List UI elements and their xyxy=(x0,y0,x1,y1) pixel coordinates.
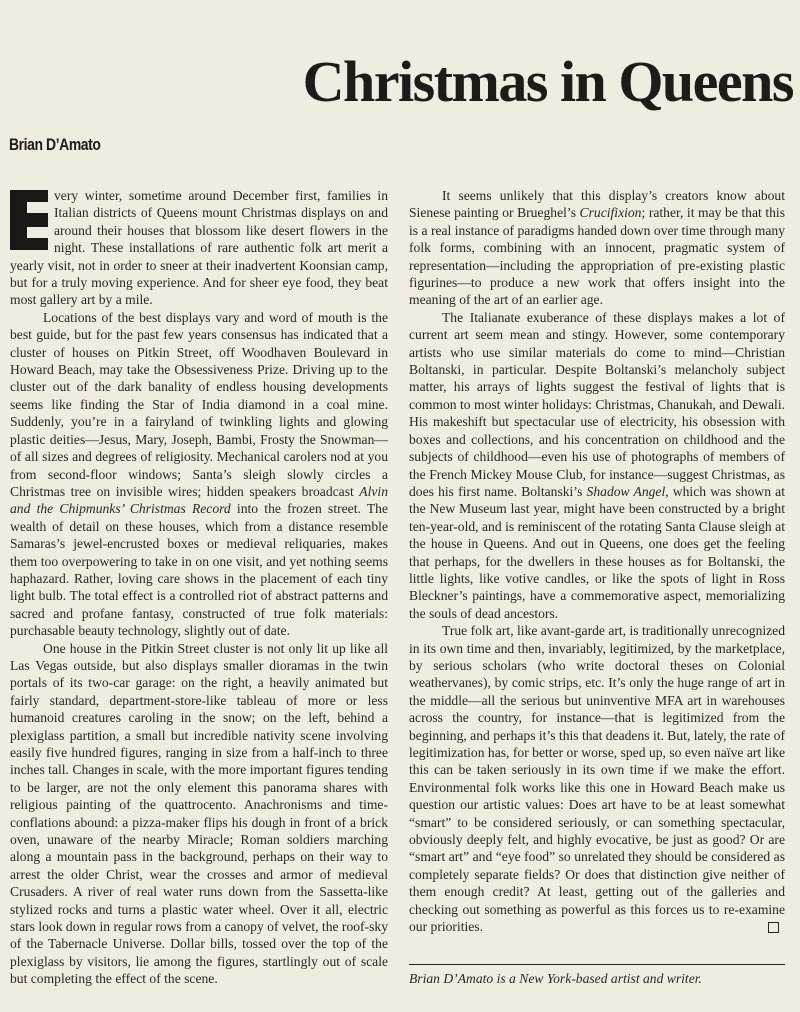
magazine-page: Christmas in Queens Brian D’Amato E very… xyxy=(0,0,800,1012)
author-byline: Brian D’Amato xyxy=(9,135,100,155)
paragraph-6-text: True folk art, like avant-garde art, is … xyxy=(409,623,785,934)
left-column: E very winter, sometime around December … xyxy=(10,187,388,988)
paragraph-5-text-a: The Italianate exuberance of these displ… xyxy=(409,310,785,499)
paragraph-4-text-b: ; rather, it may be that this is a real … xyxy=(409,205,785,307)
bio-divider-rule xyxy=(409,964,785,965)
end-mark-square-icon xyxy=(768,922,779,933)
paragraph-5: The Italianate exuberance of these displ… xyxy=(409,309,785,622)
right-column: It seems unlikely that this display’s cr… xyxy=(409,187,785,935)
artwork-title-italic: Shadow Angel xyxy=(587,484,666,499)
article-title: Christmas in Queens xyxy=(268,47,793,117)
drop-cap: E xyxy=(10,190,48,250)
paragraph-4: It seems unlikely that this display’s cr… xyxy=(409,187,785,309)
paragraph-6: True folk art, like avant-garde art, is … xyxy=(409,622,785,935)
paragraph-2-text-a: Locations of the best displays vary and … xyxy=(10,310,388,499)
painting-title-italic: Crucifixion xyxy=(580,205,642,220)
paragraph-5-text-b: , which was shown at the New Museum last… xyxy=(409,484,785,621)
paragraph-2: Locations of the best displays vary and … xyxy=(10,309,388,640)
drop-cap-e-glyph-icon xyxy=(10,190,48,250)
paragraph-1: E very winter, sometime around December … xyxy=(10,187,388,309)
paragraph-3: One house in the Pitkin Street cluster i… xyxy=(10,640,388,988)
paragraph-1-text: very winter, sometime around December fi… xyxy=(10,188,388,307)
paragraph-2-text-b: into the frozen street. The wealth of de… xyxy=(10,501,388,638)
author-bio: Brian D’Amato is a New York-based artist… xyxy=(409,970,702,987)
